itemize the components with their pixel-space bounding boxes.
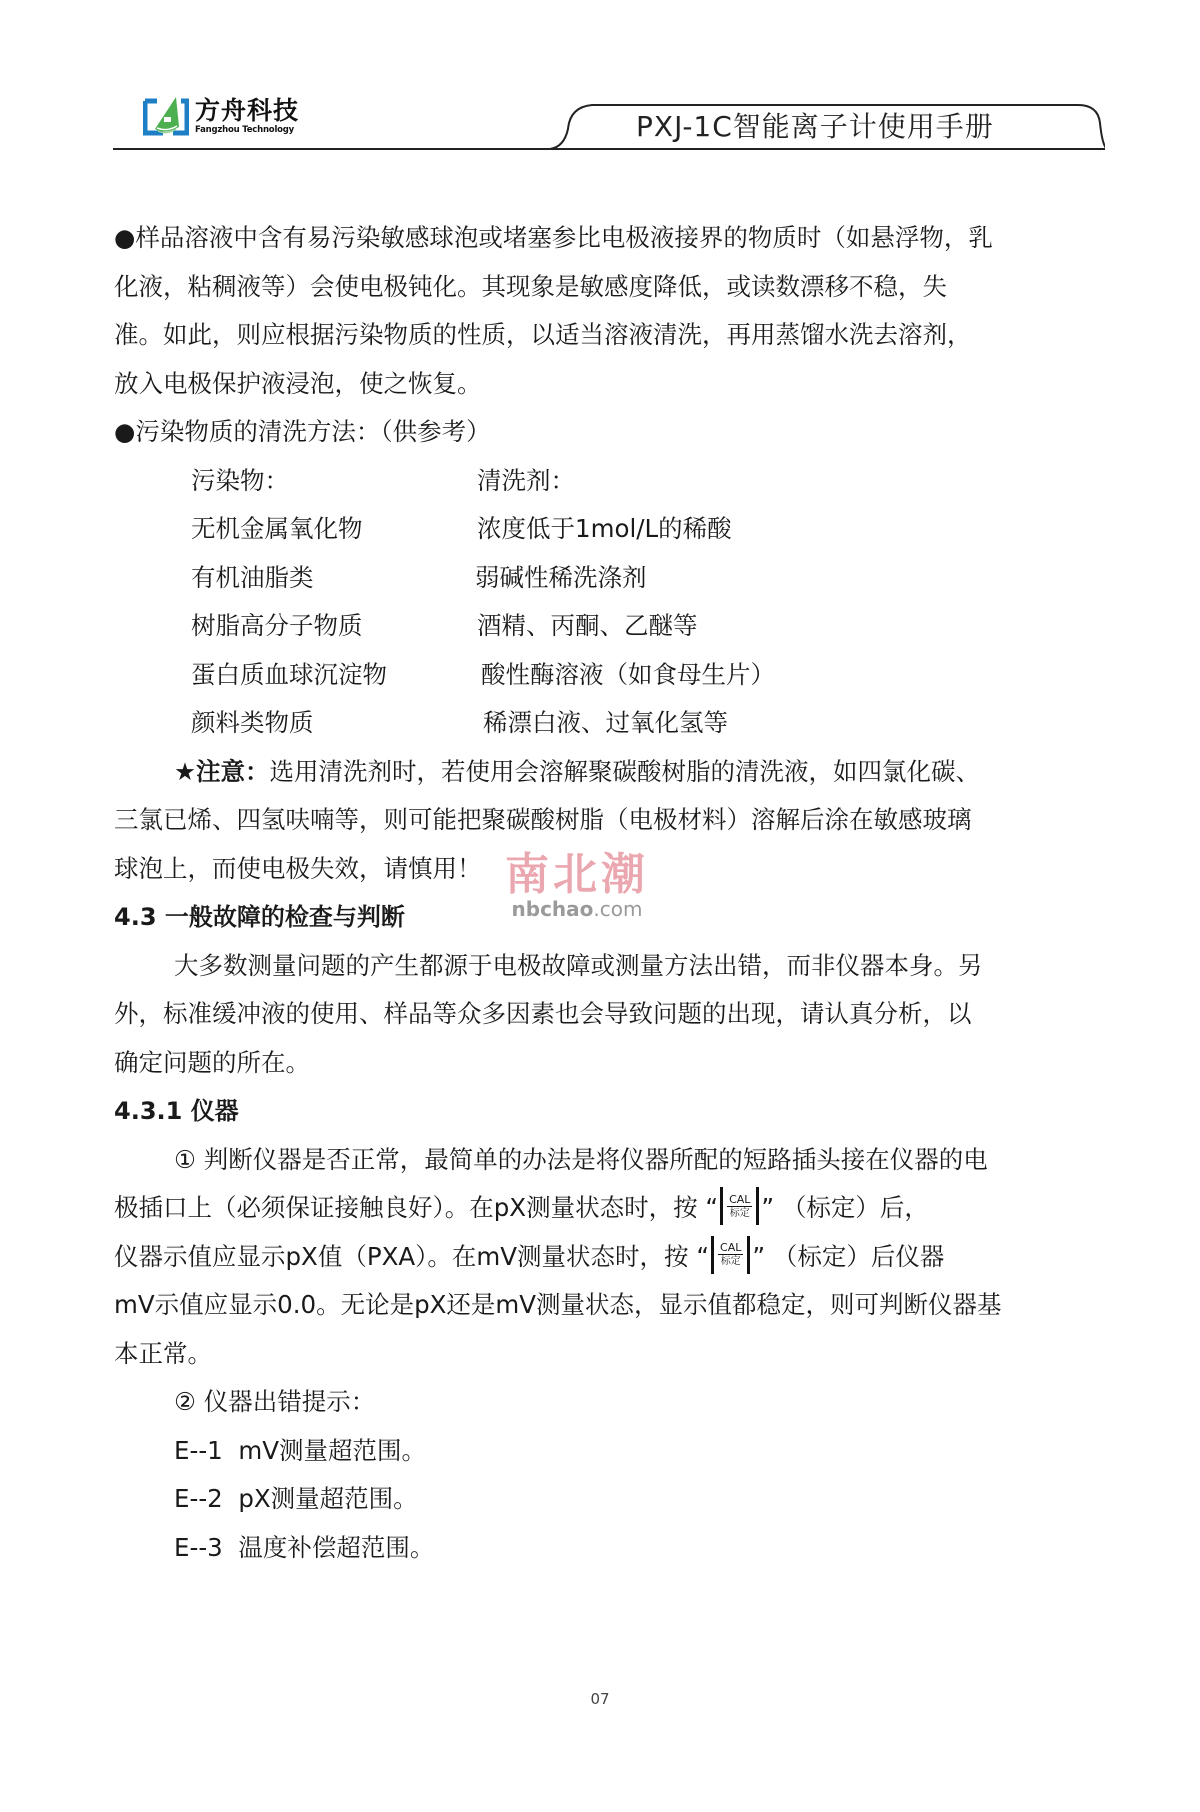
cleaner-cell: 酒精、丙酮、乙醚等 [477, 602, 698, 651]
error-item: E--3 温度补偿超范围。 [174, 1524, 1104, 1573]
paragraph-line: 确定问题的所在。 [114, 1039, 1104, 1088]
table-header-row: 污染物： 清洗剂： [114, 457, 1104, 506]
text-span: 仪器示值应显示pX值（PXA）。在mV测量状态时，按 “ [114, 1242, 709, 1271]
cal-key-sublabel: 标定 [721, 1255, 741, 1268]
error-code: E--1 [174, 1436, 223, 1465]
text-span: ” （标定）后仪器 [752, 1242, 944, 1271]
paragraph-line: mV示值应显示0.0。无论是pX还是mV测量状态，显示值都稳定，则可判断仪器基 [114, 1281, 1104, 1330]
cleaner-cell: 弱碱性稀洗涤剂 [475, 554, 647, 603]
paragraph-line: 极插口上（必须保证接触良好）。在pX测量状态时，按 “CAL标定” （标定）后， [114, 1184, 1104, 1233]
paragraph-line: 外，标准缓冲液的使用、样品等众多因素也会导致问题的出现，请认真分析，以 [114, 990, 1104, 1039]
page-header: 方舟科技 Fangzhou Technology PXJ-1C智能离子计使用手册 [0, 0, 1200, 160]
logo-mark-icon [143, 95, 189, 137]
paragraph-line: 准。如此，则应根据污染物质的性质，以适当溶液清洗，再用蒸馏水洗去溶剂， [114, 311, 1104, 360]
company-logo: 方舟科技 Fangzhou Technology [143, 95, 299, 137]
error-list-title: ② 仪器出错提示： [114, 1378, 1104, 1427]
error-item: E--2 pX测量超范围。 [174, 1475, 1104, 1524]
page-number: 07 [0, 1690, 1200, 1708]
note-text: 选用清洗剂时，若使用会溶解聚碳酸树脂的清洗液，如四氯化碳、 [269, 757, 980, 786]
table-row: 无机金属氧化物 浓度低于1mol/L的稀酸 [114, 505, 1104, 554]
paragraph-line: 本正常。 [114, 1330, 1104, 1379]
watermark-domain: nbchao [512, 897, 594, 921]
cleaning-table: 污染物： 清洗剂： 无机金属氧化物 浓度低于1mol/L的稀酸 有机油脂类 弱碱… [114, 457, 1104, 748]
paragraph-line: ① 判断仪器是否正常，最简单的办法是将仪器所配的短路插头接在仪器的电 [114, 1136, 1104, 1185]
logo-english-name: Fangzhou Technology [195, 126, 299, 135]
text-span: ” （标定）后， [761, 1193, 928, 1222]
contaminant-cell: 无机金属氧化物 [114, 505, 477, 554]
note-line: ★注意：选用清洗剂时，若使用会溶解聚碳酸树脂的清洗液，如四氯化碳、 [114, 748, 1104, 797]
cal-key-icon: CAL标定 [720, 1187, 759, 1225]
logo-chinese-name: 方舟科技 [195, 98, 299, 123]
cal-key-label: CAL [727, 1193, 752, 1207]
column-header-contaminant: 污染物： [114, 457, 477, 506]
text-span: 极插口上（必须保证接触良好）。在pX测量状态时，按 “ [114, 1193, 718, 1222]
error-code: E--3 [174, 1533, 223, 1562]
cal-key-icon: CAL标定 [711, 1236, 750, 1274]
contaminant-cell: 树脂高分子物质 [114, 602, 477, 651]
cleaner-cell: 稀漂白液、过氧化氢等 [483, 699, 728, 748]
watermark-chinese: 南北潮 [505, 852, 649, 898]
watermark-tld: .com [593, 897, 642, 921]
cleaning-methods-title: ●污染物质的清洗方法：（供参考） [114, 408, 1104, 457]
contaminant-cell: 颜料类物质 [114, 699, 477, 748]
contaminant-cell: 蛋白质血球沉淀物 [114, 651, 477, 700]
paragraph-line: 化液，粘稠液等）会使电极钝化。其现象是敏感度降低，或读数漂移不稳，失 [114, 263, 1104, 312]
section-heading-4-3-1: 4.3.1 仪器 [114, 1087, 1104, 1136]
cleaner-cell: 浓度低于1mol/L的稀酸 [477, 505, 732, 554]
error-item: E--1 mV测量超范围。 [174, 1427, 1104, 1476]
paragraph-line: ●样品溶液中含有易污染敏感球泡或堵塞参比电极液接界的物质时（如悬浮物，乳 [114, 214, 1104, 263]
cleaner-cell: 酸性酶溶液（如食母生片） [481, 651, 775, 700]
watermark-url: nbchao.com [505, 898, 649, 920]
paragraph-line: 放入电极保护液浸泡，使之恢复。 [114, 360, 1104, 409]
error-desc: 温度补偿超范围。 [238, 1533, 434, 1562]
contaminant-cell: 有机油脂类 [114, 554, 477, 603]
table-row: 树脂高分子物质 酒精、丙酮、乙醚等 [114, 602, 1104, 651]
header-divider [113, 148, 1105, 150]
error-desc: pX测量超范围。 [238, 1484, 417, 1513]
error-code-list: E--1 mV测量超范围。 E--2 pX测量超范围。 E--3 温度补偿超范围… [114, 1427, 1104, 1573]
error-desc: mV测量超范围。 [238, 1436, 426, 1465]
table-row: 颜料类物质 稀漂白液、过氧化氢等 [114, 699, 1104, 748]
document-title-tab: PXJ-1C智能离子计使用手册 [550, 99, 1105, 148]
paragraph-line: 仪器示值应显示pX值（PXA）。在mV测量状态时，按 “CAL标定” （标定）后… [114, 1233, 1104, 1282]
note-label: ★注意： [174, 757, 269, 786]
cal-key-label: CAL [718, 1241, 743, 1255]
error-code: E--2 [174, 1484, 223, 1513]
paragraph-line: 大多数测量问题的产生都源于电极故障或测量方法出错，而非仪器本身。另 [114, 942, 1104, 991]
column-header-cleaner: 清洗剂： [477, 457, 575, 506]
watermark: 南北潮 nbchao.com [505, 852, 649, 920]
table-row: 有机油脂类 弱碱性稀洗涤剂 [114, 554, 1104, 603]
table-row: 蛋白质血球沉淀物 酸性酶溶液（如食母生片） [114, 651, 1104, 700]
document-title: PXJ-1C智能离子计使用手册 [636, 105, 994, 145]
note-line: 三氯已烯、四氢呋喃等，则可能把聚碳酸树脂（电极材料）溶解后涂在敏感玻璃 [114, 796, 1104, 845]
cal-key-sublabel: 标定 [730, 1207, 750, 1220]
